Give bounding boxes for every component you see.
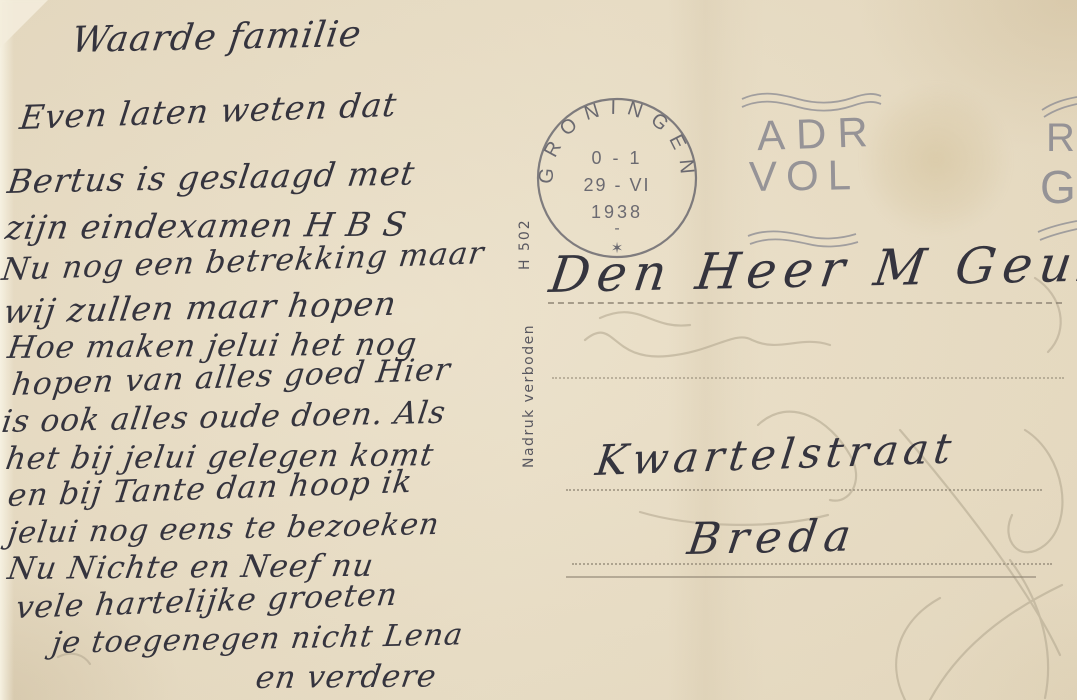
postmark-dash: - [614, 220, 619, 237]
machine-cancel-word-vol: VOL [749, 151, 861, 201]
edge-cancel-letter-g: G [1040, 160, 1076, 214]
postmark-ring [538, 99, 696, 257]
postcard-back: GRONINGEN 0 - 1 29 - VI 1938 - ✶ ADR VOL… [0, 0, 1077, 700]
postmark-date: 29 - VI [583, 175, 650, 195]
address-rule-3 [566, 489, 1042, 491]
postmark-time: 0 - 1 [591, 148, 642, 168]
postmark-city-arc: GRONINGEN [535, 97, 699, 185]
address-recipient: Den Heer M Geuze [546, 234, 1077, 304]
postmark-stamp: GRONINGEN 0 - 1 29 - VI 1938 - ✶ [535, 97, 699, 257]
message-line: Waarde familie [69, 14, 364, 61]
address-rule-4 [572, 563, 1052, 565]
edge-cancel-letter-r: R [1046, 116, 1075, 161]
printer-code: H 502 [517, 218, 533, 270]
postmark-year: 1938 [591, 202, 643, 222]
message-line: wij zullen maar hopen [1, 284, 399, 331]
address-street: Kwartelstraat [593, 424, 959, 485]
copyright-notice: Nadruk verboden [521, 324, 537, 468]
removed-stamp-patch [862, 84, 1010, 236]
message-line: je toegenegen nicht Lena [50, 617, 466, 661]
address-rule-2 [552, 377, 1064, 379]
message-line: en verdere [253, 658, 439, 696]
address-city: Breda [684, 510, 860, 565]
address-rule-5 [566, 576, 1036, 578]
message-line: Bertus is geslaagd met [5, 154, 417, 201]
message-line: Even laten weten dat [18, 85, 400, 137]
message-line: is ook alles oude doen. Als [0, 395, 448, 440]
message-line: jelui nog eens te bezoeken [6, 507, 442, 551]
